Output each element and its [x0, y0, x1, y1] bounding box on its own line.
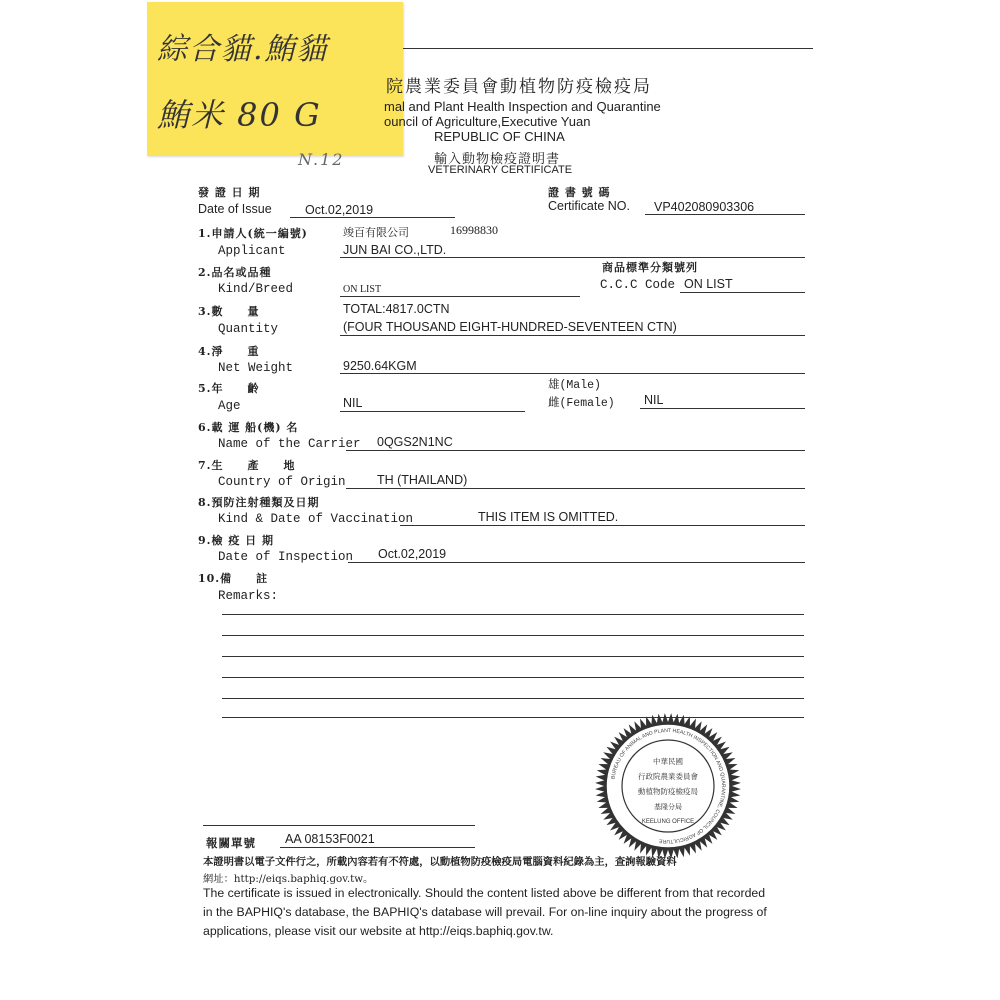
- notice-cn-line-1: 本證明書以電子文件行之，所載內容若有不符處，以動植物防疫檢疫局電腦資料紀錄為主，…: [203, 853, 677, 868]
- ccc-code-label-cn: 商品標準分類號列: [602, 259, 698, 275]
- applicant-label-cn: 1.申請人(統一編號): [198, 225, 308, 241]
- agency-name-cn: 院農業委員會動植物防疫檢疫局: [386, 72, 652, 97]
- seal-line-4: 基隆分局: [654, 802, 682, 811]
- official-seal-icon: BUREAU OF ANIMAL AND PLANT HEALTH INSPEC…: [594, 712, 742, 860]
- kind-value: ON LIST: [343, 284, 381, 295]
- issue-date-label: Date of Issue: [198, 202, 272, 216]
- issue-date-underline: [290, 217, 455, 218]
- male-label: 雄(Male): [548, 376, 601, 392]
- inspection-underline: [348, 562, 805, 563]
- top-rule: [403, 48, 813, 49]
- net-weight-label: Net Weight: [218, 361, 293, 375]
- seal-line-1: 中華民國: [653, 756, 683, 766]
- quantity-total: TOTAL:4817.0CTN: [343, 302, 450, 316]
- quantity-label-cn: 3.數 量: [198, 303, 259, 319]
- notice-en-line-3: applications, please visit our website a…: [203, 924, 553, 938]
- remarks-line: [222, 635, 804, 636]
- remarks-label: Remarks:: [218, 589, 278, 603]
- issue-date-value: Oct.02,2019: [305, 203, 373, 217]
- declaration-underline: [280, 847, 475, 848]
- certificate-no-underline: [645, 214, 805, 215]
- notice-cn-line-2: 網址：http://eiqs.baphiq.gov.tw。: [203, 870, 373, 885]
- sex-value: NIL: [644, 393, 663, 407]
- notice-en-line-1: The certificate is issued in electronica…: [203, 886, 765, 900]
- council-name-en: ouncil of Agriculture,Executive Yuan: [384, 114, 590, 129]
- remarks-line: [222, 656, 804, 657]
- kind-label-cn: 2.品名或品種: [198, 264, 271, 280]
- inspection-label-cn: 9.檢 疫 日 期: [198, 532, 274, 548]
- sticky-note: 綜合貓.鮪貓 鮪米 80 G: [147, 2, 403, 156]
- notice-en-line-2: in the BAPHIQ's database, the BAPHIQ's d…: [203, 905, 767, 919]
- vaccination-underline: [400, 525, 805, 526]
- quantity-underline: [340, 335, 805, 336]
- origin-underline: [346, 488, 805, 489]
- sticky-note-line-1: 綜合貓.鮪貓: [157, 24, 329, 68]
- country-name-en: REPUBLIC OF CHINA: [434, 129, 565, 144]
- carrier-label-cn: 6.載 運 船(機) 名: [198, 419, 298, 435]
- certificate-no-value: VP402080903306: [654, 200, 754, 214]
- handwritten-mark: N.12: [298, 150, 344, 169]
- issue-date-label-cn: 發 證 日 期: [198, 184, 261, 200]
- net-weight-label-cn: 4.淨 重: [198, 343, 259, 359]
- seal-office-en: KEELUNG OFFICE: [642, 819, 694, 825]
- ccc-code-underline: [680, 292, 805, 293]
- carrier-value: 0QGS2N1NC: [377, 435, 453, 449]
- certificate-no-label: Certificate NO.: [548, 199, 630, 213]
- applicant-id-no: 16998830: [450, 223, 498, 238]
- kind-underline: [340, 296, 580, 297]
- quantity-words: (FOUR THOUSAND EIGHT-HUNDRED-SEVENTEEN C…: [343, 320, 677, 334]
- origin-label: Country of Origin: [218, 475, 346, 489]
- applicant-underline: [340, 257, 805, 258]
- age-label-cn: 5.年 齡: [198, 380, 259, 396]
- certificate-no-label-cn: 證 書 號 碼: [548, 184, 611, 200]
- seal-line-3: 動植物防疫檢疫局: [638, 786, 698, 796]
- declaration-top-rule: [203, 825, 475, 826]
- sex-underline: [640, 408, 805, 409]
- applicant-label: Applicant: [218, 244, 286, 258]
- seal-line-2: 行政院農業委員會: [638, 771, 698, 781]
- quantity-label: Quantity: [218, 322, 278, 336]
- female-label: 雌(Female): [548, 394, 615, 410]
- ccc-code-label: C.C.C Code: [600, 278, 675, 292]
- vaccination-label-cn: 8.預防注射種類及日期: [198, 494, 319, 510]
- vaccination-label: Kind & Date of Vaccination: [218, 512, 413, 526]
- carrier-label: Name of the Carrier: [218, 437, 361, 451]
- age-underline: [340, 411, 525, 412]
- remarks-label-cn: 10.備 註: [198, 570, 268, 586]
- age-label: Age: [218, 399, 241, 413]
- origin-value: TH (THAILAND): [377, 473, 467, 487]
- remarks-line: [222, 614, 804, 615]
- agency-name-en: mal and Plant Health Inspection and Quar…: [384, 99, 661, 114]
- vaccination-value: THIS ITEM IS OMITTED.: [478, 510, 618, 524]
- applicant-value: JUN BAI CO.,LTD.: [343, 243, 446, 257]
- kind-label: Kind/Breed: [218, 282, 293, 296]
- inspection-label: Date of Inspection: [218, 550, 353, 564]
- doc-title-en: VETERINARY CERTIFICATE: [428, 164, 572, 176]
- net-weight-underline: [340, 373, 805, 374]
- sticky-note-line-2: 鮪米 80 G: [157, 90, 322, 136]
- carrier-underline: [346, 450, 805, 451]
- origin-label-cn: 7.生 產 地: [198, 457, 295, 473]
- ccc-code-value: ON LIST: [684, 277, 733, 291]
- remarks-line: [222, 677, 804, 678]
- inspection-value: Oct.02,2019: [378, 547, 446, 561]
- declaration-value: AA 08153F0021: [285, 832, 375, 846]
- age-value: NIL: [343, 396, 362, 410]
- applicant-name-cn: 竣百有限公司: [343, 224, 409, 240]
- declaration-label: 報關單號: [206, 835, 256, 851]
- net-weight-value: 9250.64KGM: [343, 359, 417, 373]
- remarks-line: [222, 698, 804, 699]
